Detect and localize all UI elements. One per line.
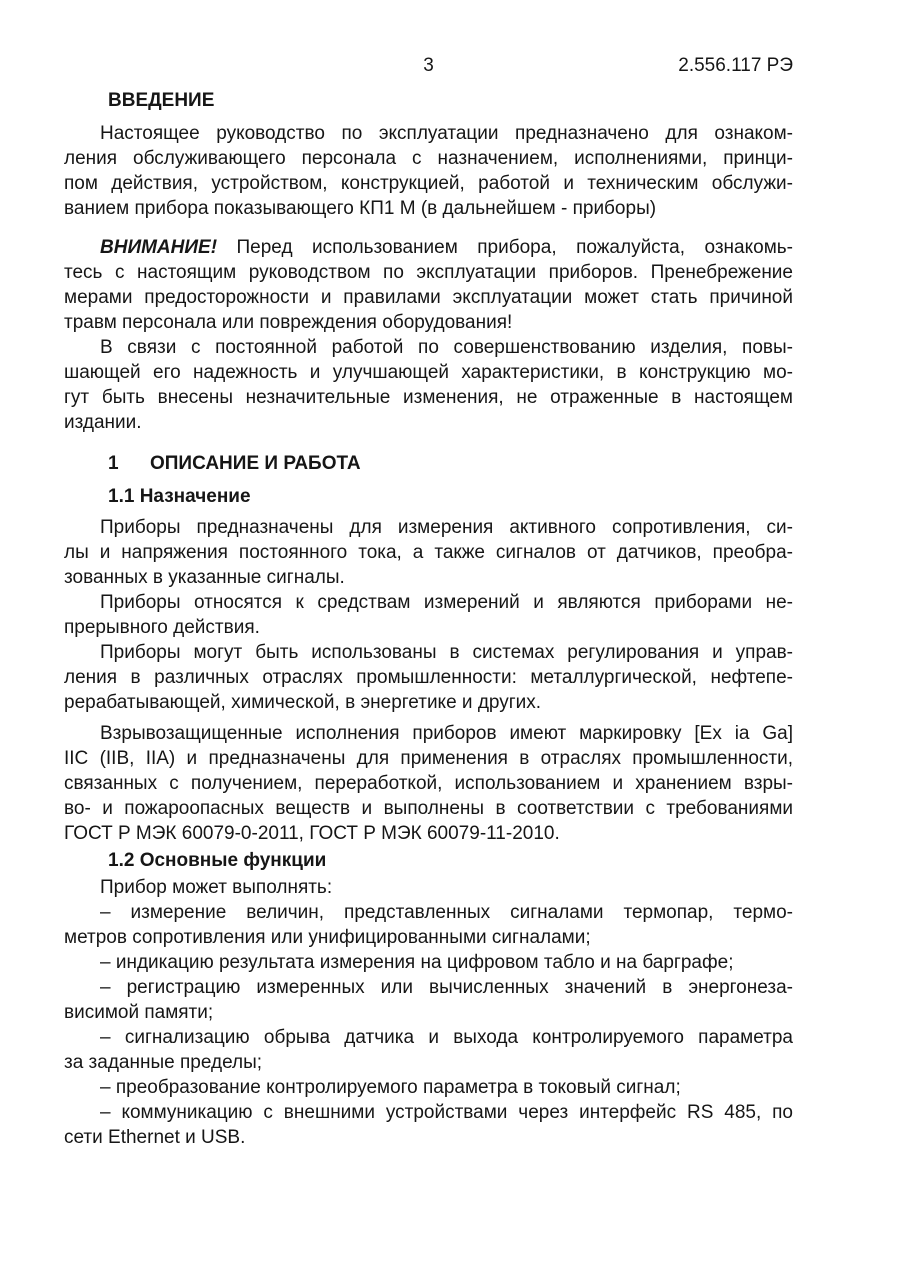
paragraph: Взрывозащищенные исполнения приборов име… <box>64 721 793 846</box>
warning-label: ВНИМАНИЕ! <box>100 237 217 258</box>
text-line: сети Ethernet и USB. <box>64 1125 793 1150</box>
text-line: ления обслуживающего персонала с назначе… <box>64 146 793 171</box>
text-line: лы и напряжения постоянного тока, а такж… <box>64 540 793 565</box>
text-line: – регистрацию измеренных или вычисленных… <box>64 975 793 1000</box>
text-line: рерабатывающей, химической, в энергетике… <box>64 690 793 715</box>
heading-section: 1ОПИСАНИЕ И РАБОТА <box>64 451 793 476</box>
text-line: ГОСТ Р МЭК 60079-0-2011, ГОСТ Р МЭК 6007… <box>64 821 793 846</box>
text-line: Приборы относятся к средствам измерений … <box>64 590 793 615</box>
text-line: травм персонала или повреждения оборудов… <box>64 310 793 335</box>
text-line: тесь с настоящим руководством по эксплуа… <box>64 260 793 285</box>
text-line: ванием прибора показывающего КП1 М (в да… <box>64 196 793 221</box>
text-line: во- и пожароопасных веществ и выполнены … <box>64 796 793 821</box>
text-line: зованных в указанные сигналы. <box>64 565 793 590</box>
list-item: – коммуникацию с внешними устройствами ч… <box>64 1100 793 1150</box>
text-line: – преобразование контролируемого парамет… <box>64 1075 793 1100</box>
text-line: ления в различных отраслях промышленност… <box>64 665 793 690</box>
text-line: ВНИМАНИЕ! Перед использованием прибора, … <box>64 235 793 260</box>
list-item: – регистрацию измеренных или вычисленных… <box>64 975 793 1025</box>
text-line: – измерение величин, представленных сигн… <box>64 900 793 925</box>
section-title: ОПИСАНИЕ И РАБОТА <box>150 453 361 474</box>
heading-subsection: 1.2 Основные функции <box>64 848 793 873</box>
paragraph: Настоящее руководство по эксплуатации пр… <box>64 121 793 221</box>
section-number: 1 <box>108 451 150 476</box>
paragraph: Приборы предназначены для измерения акти… <box>64 515 793 590</box>
paragraph: В связи с постоянной работой по совершен… <box>64 335 793 435</box>
text-line: Настоящее руководство по эксплуатации пр… <box>64 121 793 146</box>
text-line: гут быть внесены незначительные изменени… <box>64 385 793 410</box>
text-line: метров сопротивления или унифицированным… <box>64 925 793 950</box>
text-line: Приборы предназначены для измерения акти… <box>64 515 793 540</box>
text-line: пом действия, устройством, конструкцией,… <box>64 171 793 196</box>
text-line: Приборы могут быть использованы в систем… <box>64 640 793 665</box>
text-line: связанных с получением, переработкой, ис… <box>64 771 793 796</box>
text-line: Взрывозащищенные исполнения приборов име… <box>64 721 793 746</box>
document-code: 2.556.117 РЭ <box>678 53 793 78</box>
text-line: шающей его надежность и улучшающей харак… <box>64 360 793 385</box>
text-line: IIC (IIB, IIA) и предназначены для приме… <box>64 746 793 771</box>
text-line: мерами предосторожности и правилами эксп… <box>64 285 793 310</box>
list-item: – индикацию результата измерения на цифр… <box>64 950 793 975</box>
document-body: ВВЕДЕНИЕНастоящее руководство по эксплуа… <box>64 88 793 1150</box>
document-page: 3 2.556.117 РЭ ВВЕДЕНИЕНастоящее руковод… <box>0 0 900 1274</box>
list-item: – преобразование контролируемого парамет… <box>64 1075 793 1100</box>
list-item: – измерение величин, представленных сигн… <box>64 900 793 950</box>
text-line: Прибор может выполнять: <box>64 875 793 900</box>
list-item: – сигнализацию обрыва датчика и выхода к… <box>64 1025 793 1075</box>
paragraph: ВНИМАНИЕ! Перед использованием прибора, … <box>64 235 793 335</box>
heading-introduction: ВВЕДЕНИЕ <box>64 88 793 113</box>
page-number: 3 <box>423 55 434 76</box>
page-header: 3 2.556.117 РЭ <box>64 0 793 78</box>
heading-subsection: 1.1 Назначение <box>64 484 793 509</box>
paragraph: Прибор может выполнять: <box>64 875 793 900</box>
text-line: – сигнализацию обрыва датчика и выхода к… <box>64 1025 793 1050</box>
paragraph: Приборы относятся к средствам измерений … <box>64 590 793 640</box>
text-line: издании. <box>64 410 793 435</box>
text-line: – коммуникацию с внешними устройствами ч… <box>64 1100 793 1125</box>
text-line: висимой памяти; <box>64 1000 793 1025</box>
text-line: В связи с постоянной работой по совершен… <box>64 335 793 360</box>
text-line: прерывного действия. <box>64 615 793 640</box>
text-line: за заданные пределы; <box>64 1050 793 1075</box>
paragraph: Приборы могут быть использованы в систем… <box>64 640 793 715</box>
text-line: – индикацию результата измерения на цифр… <box>64 950 793 975</box>
